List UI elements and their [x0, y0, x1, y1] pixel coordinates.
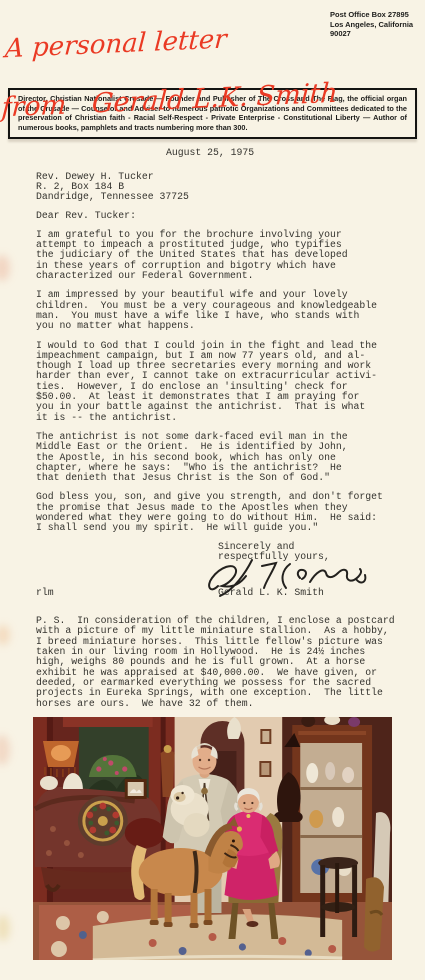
letter-paragraph: God bless you, son, and give you strengt… [36, 492, 425, 533]
typist-initials: rlm [36, 588, 54, 598]
letter-paragraph: I am impressed by your beautiful wife an… [36, 290, 425, 331]
paper-aging-smudge [0, 915, 10, 941]
letterhead: A personal letter from Gerald L.K. Smith… [0, 0, 425, 88]
letter-date: August 25, 1975 [166, 148, 425, 158]
recipient-address: Rev. Dewey H. Tucker R. 2, Box 184 B Dan… [36, 172, 425, 203]
living-room-photo [33, 717, 392, 960]
letter-paragraph: The antichrist is not some dark-faced ev… [36, 432, 425, 483]
display-cabinet [292, 717, 372, 925]
postscript: P. S. In consideration of the children, … [36, 616, 425, 709]
handwritten-signature [204, 554, 384, 602]
paper-aging-smudge [0, 735, 10, 765]
handwritten-title-line2: from Gerald L.K. Smith [1, 80, 339, 123]
letter-paragraph: I would to God that I could join in the … [36, 341, 425, 423]
salutation: Dear Rev. Tucker: [36, 211, 425, 221]
letter-paragraph: I am grateful to you for the brochure in… [36, 230, 425, 281]
letter-body: August 25, 1975 Rev. Dewey H. Tucker R. … [0, 148, 425, 708]
handwritten-title: A personal letter from Gerald L.K. Smith [0, 0, 344, 157]
handwritten-title-line1: A personal letter [4, 21, 342, 63]
return-address: Post Office Box 27895 Los Angeles, Calif… [330, 10, 422, 39]
signature-block: rlm Gerald L. K. Smith [36, 566, 425, 606]
scanned-letter-page: A personal letter from Gerald L.K. Smith… [0, 0, 425, 980]
